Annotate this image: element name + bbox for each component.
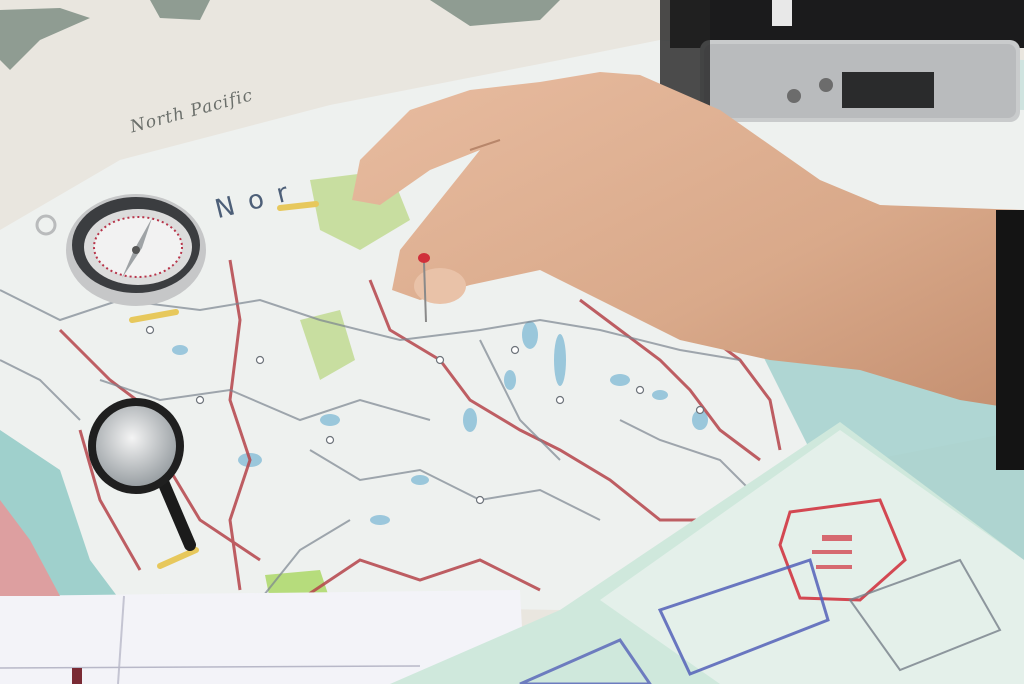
sleeve [996, 210, 1024, 470]
camera [660, 0, 1024, 122]
photo-illustration [0, 0, 1024, 684]
red-pin [418, 253, 430, 263]
photo-scene: North Pacific Nor [0, 0, 1024, 684]
